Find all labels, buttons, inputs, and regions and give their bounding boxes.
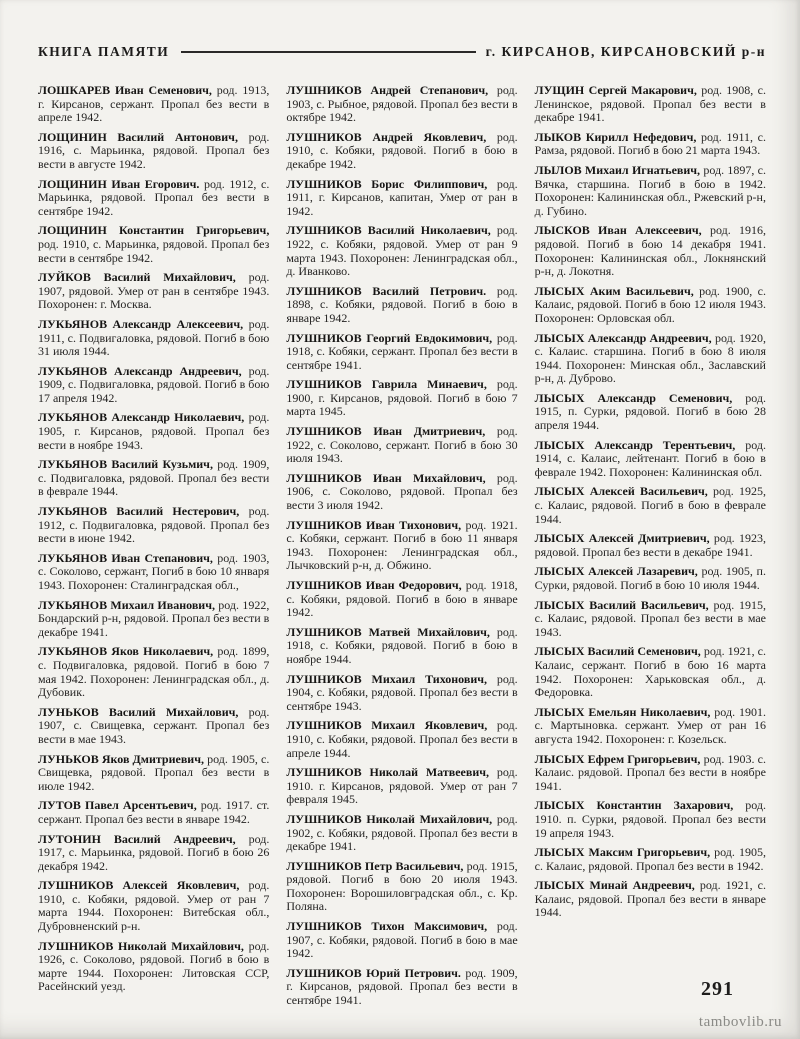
- memorial-entry: ЛУКЬЯНОВ Александр Николаевич, род. 1905…: [38, 411, 269, 452]
- memorial-entry: ЛУШНИКОВ Михаил Яковлевич, род. 1910, с.…: [286, 719, 517, 760]
- column-2: ЛУШНИКОВ Андрей Степанович, род. 1903, с…: [286, 84, 517, 1014]
- entry-name: ЛЫСЫХ Емельян Николаевич,: [535, 705, 711, 719]
- entry-name: ЛУЙКОВ Василий Михайлович,: [38, 270, 236, 284]
- memorial-entry: ЛЫСЫХ Алексей Васильевич, род. 1925, с. …: [535, 485, 766, 526]
- entry-name: ЛЫСЫХ Алексей Дмитриевич,: [535, 531, 710, 545]
- entry-name: ЛУКЬЯНОВ Василий Кузьмич,: [38, 457, 213, 471]
- memorial-entry: ЛОЩИНИН Иван Егорович. род. 1912, с. Мар…: [38, 178, 269, 219]
- entry-name: ЛЫСЫХ Константин Захарович,: [535, 798, 734, 812]
- entry-name: ЛУШНИКОВ Иван Михайлович,: [286, 471, 485, 485]
- memorial-entry: ЛЫКОВ Кирилл Нефедович, род. 1911, с. Ра…: [535, 131, 766, 158]
- page-header: КНИГА ПАМЯТИ г. КИРСАНОВ, КИРСАНОВСКИЙ р…: [38, 44, 766, 60]
- memorial-entry: ЛУКЬЯНОВ Александр Андреевич, род. 1909,…: [38, 365, 269, 406]
- entry-name: ЛУКЬЯНОВ Яков Николаевич,: [38, 644, 213, 658]
- memorial-entry: ЛУШНИКОВ Андрей Яковлевич, род. 1910, с.…: [286, 131, 517, 172]
- watermark: tambovlib.ru: [699, 1014, 782, 1031]
- memorial-entry: ЛУКЬЯНОВ Александр Алексеевич, род. 1911…: [38, 318, 269, 359]
- memorial-entry: ЛУШНИКОВ Гаврила Минаевич, род. 1900, г.…: [286, 378, 517, 419]
- entry-name: ЛУШНИКОВ Николай Матвеевич,: [286, 765, 489, 779]
- entry-name: ЛОЩИНИН Иван Егорович.: [38, 177, 199, 191]
- memorial-entry: ЛЫСЫХ Алексей Лазаревич, род. 1905, п. С…: [535, 565, 766, 592]
- entry-name: ЛУКЬЯНОВ Михаил Иванович,: [38, 598, 215, 612]
- entry-name: ЛУШНИКОВ Тихон Максимович,: [286, 919, 487, 933]
- memorial-entry: ЛУТОВ Павел Арсентьевич, род. 1917. ст. …: [38, 799, 269, 826]
- memorial-entry: ЛУНЬКОВ Яков Дмитриевич, род. 1905, с. С…: [38, 753, 269, 794]
- entry-name: ЛУКЬЯНОВ Иван Степанович,: [38, 551, 213, 565]
- entry-name: ЛУШНИКОВ Юрий Петрович.: [286, 966, 461, 980]
- entry-name: ЛУШНИКОВ Михаил Тихонович,: [286, 672, 487, 686]
- memorial-entry: ЛЫСЫХ Ефрем Григорьевич, род. 1903. с. К…: [535, 753, 766, 794]
- page-number: 291: [701, 978, 734, 1001]
- memorial-entry: ЛУШНИКОВ Михаил Тихонович, род. 1904, с.…: [286, 673, 517, 714]
- memorial-entry: ЛОЩИНИН Василий Антонович, род. 1916, с.…: [38, 131, 269, 172]
- memorial-entry: ЛУКЬЯНОВ Иван Степанович, род. 1903, с. …: [38, 552, 269, 593]
- memorial-entry: ЛУШНИКОВ Николай Михайлович, род. 1902, …: [286, 813, 517, 854]
- memorial-entry: ЛУКЬЯНОВ Василий Кузьмич, род. 1909, с. …: [38, 458, 269, 499]
- entry-name: ЛЫСЫХ Василий Васильевич,: [535, 598, 709, 612]
- entry-columns: ЛОШКАРЕВ Иван Семенович, род. 1913, г. К…: [38, 84, 766, 1014]
- memorial-entry: ЛУКЬЯНОВ Яков Николаевич, род. 1899, с. …: [38, 645, 269, 699]
- header-rule: [181, 51, 475, 53]
- memorial-entry: ЛЫСЫХ Александр Андреевич, род. 1920, с.…: [535, 332, 766, 386]
- memorial-entry: ЛУШНИКОВ Николай Матвеевич, род. 1910. г…: [286, 766, 517, 807]
- entry-name: ЛУШНИКОВ Иван Дмитриевич,: [286, 424, 485, 438]
- entry-name: ЛЫСЫХ Александр Семенович,: [535, 391, 733, 405]
- entry-name: ЛУШНИКОВ Андрей Яковлевич,: [286, 130, 486, 144]
- memorial-entry: ЛУШНИКОВ Алексей Яковлевич, род. 1910, с…: [38, 879, 269, 933]
- entry-name: ЛУШНИКОВ Георгий Евдокимович,: [286, 331, 492, 345]
- memorial-entry: ЛЫСЫХ Минай Андреевич, род. 1921, с. Кал…: [535, 879, 766, 920]
- entry-name: ЛУКЬЯНОВ Василий Нестерович,: [38, 504, 239, 518]
- entry-name: ЛУКЬЯНОВ Александр Андреевич,: [38, 364, 242, 378]
- memorial-entry: ЛУШНИКОВ Георгий Евдокимович, род. 1918,…: [286, 332, 517, 373]
- entry-name: ЛУШНИКОВ Петр Васильевич,: [286, 859, 463, 873]
- memorial-entry: ЛУТОНИН Василий Андреевич, род. 1917, с.…: [38, 833, 269, 874]
- memorial-entry: ЛЫСЫХ Алексей Дмитриевич, род. 1923, ряд…: [535, 532, 766, 559]
- memorial-entry: ЛЫСКОВ Иван Алексеевич, род. 1916, рядов…: [535, 224, 766, 278]
- entry-name: ЛЫСЫХ Аким Васильевич,: [535, 284, 694, 298]
- memorial-entry: ЛЫСЫХ Максим Григорьевич, род. 1905, с. …: [535, 846, 766, 873]
- entry-name: ЛЫСЫХ Василий Семенович,: [535, 644, 701, 658]
- memorial-entry: ЛЫСЫХ Александр Семенович, род. 1915, п.…: [535, 392, 766, 433]
- entry-name: ЛЫСЫХ Алексей Васильевич,: [535, 484, 708, 498]
- entry-name: ЛУШНИКОВ Алексей Яковлевич,: [38, 878, 239, 892]
- memorial-entry: ЛУШНИКОВ Иван Дмитриевич, род. 1922, с. …: [286, 425, 517, 466]
- memorial-entry: ЛУКЬЯНОВ Василий Нестерович, род. 1912, …: [38, 505, 269, 546]
- entry-name: ЛЫСКОВ Иван Алексеевич,: [535, 223, 702, 237]
- entry-name: ЛОЩИНИН Василий Антонович,: [38, 130, 238, 144]
- memorial-entry: ЛУШНИКОВ Василий Николаевич, род. 1922, …: [286, 224, 517, 278]
- memorial-entry: ЛУШНИКОВ Петр Васильевич, род. 1915, ряд…: [286, 860, 517, 914]
- entry-name: ЛЫСЫХ Александр Терентьевич,: [535, 438, 736, 452]
- memorial-entry: ЛЫСЫХ Константин Захарович, род. 1910. п…: [535, 799, 766, 840]
- entry-name: ЛЫКОВ Кирилл Нефедович,: [535, 130, 697, 144]
- memorial-entry: ЛУШНИКОВ Матвей Михайлович, род. 1918, с…: [286, 626, 517, 667]
- memorial-entry: ЛЫСЫХ Емельян Николаевич, род. 1901. с. …: [535, 706, 766, 747]
- memorial-entry: ЛУШНИКОВ Николай Михайлович, род. 1926, …: [38, 940, 269, 994]
- entry-name: ЛУШНИКОВ Борис Филиппович,: [286, 177, 487, 191]
- entry-name: ЛУШНИКОВ Василий Николаевич,: [286, 223, 490, 237]
- entry-name: ЛУШНИКОВ Василий Петрович.: [286, 284, 486, 298]
- memorial-entry: ЛУШНИКОВ Иван Федорович, род. 1918, с. К…: [286, 579, 517, 620]
- book-title: КНИГА ПАМЯТИ: [38, 44, 169, 60]
- entry-name: ЛЫЛОВ Михаил Игнатьевич,: [535, 163, 700, 177]
- entry-name: ЛЫСЫХ Максим Григорьевич,: [535, 845, 710, 859]
- entry-name: ЛУШНИКОВ Иван Федорович,: [286, 578, 461, 592]
- entry-name: ЛУШНИКОВ Андрей Степанович,: [286, 83, 488, 97]
- memorial-entry: ЛУШНИКОВ Юрий Петрович. род. 1909, г. Ки…: [286, 967, 517, 1008]
- memorial-entry: ЛУШНИКОВ Иван Михайлович, род. 1906, с. …: [286, 472, 517, 513]
- entry-name: ЛУШНИКОВ Николай Михайлович,: [286, 812, 492, 826]
- entry-name: ЛОШКАРЕВ Иван Семенович,: [38, 83, 212, 97]
- entry-name: ЛЫСЫХ Александр Андреевич,: [535, 331, 712, 345]
- memorial-entry: ЛЫСЫХ Василий Семенович, род. 1921, с. К…: [535, 645, 766, 699]
- entry-name: ЛЫСЫХ Минай Андреевич,: [535, 878, 695, 892]
- memorial-entry: ЛУКЬЯНОВ Михаил Иванович, род. 1922, Бон…: [38, 599, 269, 640]
- memorial-entry: ЛЫСЫХ Александр Терентьевич, род. 1914, …: [535, 439, 766, 480]
- entry-name: ЛУШНИКОВ Николай Михайлович,: [38, 939, 244, 953]
- memorial-entry: ЛЫСЫХ Аким Васильевич, род. 1900, с. Кал…: [535, 285, 766, 326]
- column-3: ЛУЩИН Сергей Макарович, род. 1908, с. Ле…: [535, 84, 766, 1014]
- district-title: г. КИРСАНОВ, КИРСАНОВСКИЙ р-н: [486, 44, 766, 60]
- entry-name: ЛЫСЫХ Алексей Лазаревич,: [535, 564, 698, 578]
- memorial-entry: ЛУШНИКОВ Василий Петрович. род. 1898, с.…: [286, 285, 517, 326]
- column-1: ЛОШКАРЕВ Иван Семенович, род. 1913, г. К…: [38, 84, 269, 1014]
- memorial-entry: ЛУШНИКОВ Борис Филиппович, род. 1911, г.…: [286, 178, 517, 219]
- memorial-entry: ЛУЙКОВ Василий Михайлович, род. 1907, ря…: [38, 271, 269, 312]
- entry-name: ЛУШНИКОВ Михаил Яковлевич,: [286, 718, 487, 732]
- memorial-entry: ЛЫСЫХ Василий Васильевич, род. 1915, с. …: [535, 599, 766, 640]
- entry-name: ЛУКЬЯНОВ Александр Николаевич,: [38, 410, 244, 424]
- entry-name: ЛОЩИНИН Константин Григорьевич,: [38, 223, 269, 237]
- memorial-entry: ЛУШНИКОВ Тихон Максимович, род. 1907, с.…: [286, 920, 517, 961]
- memorial-entry: ЛОШКАРЕВ Иван Семенович, род. 1913, г. К…: [38, 84, 269, 125]
- entry-name: ЛУШНИКОВ Иван Тихонович,: [286, 518, 461, 532]
- entry-name: ЛУНЬКОВ Яков Дмитриевич,: [38, 752, 204, 766]
- scanned-page: КНИГА ПАМЯТИ г. КИРСАНОВ, КИРСАНОВСКИЙ р…: [0, 0, 800, 1039]
- entry-name: ЛУШНИКОВ Гаврила Минаевич,: [286, 377, 487, 391]
- memorial-entry: ЛЫЛОВ Михаил Игнатьевич, род. 1897, с. В…: [535, 164, 766, 218]
- memorial-entry: ЛУШНИКОВ Андрей Степанович, род. 1903, с…: [286, 84, 517, 125]
- entry-name: ЛУНЬКОВ Василий Михайлович,: [38, 705, 238, 719]
- entry-name: ЛУТОВ Павел Арсентьевич,: [38, 798, 197, 812]
- entry-name: ЛУЩИН Сергей Макарович,: [535, 83, 697, 97]
- entry-name: ЛУТОНИН Василий Андреевич,: [38, 832, 236, 846]
- memorial-entry: ЛУШНИКОВ Иван Тихонович, род. 1921. с. К…: [286, 519, 517, 573]
- memorial-entry: ЛУНЬКОВ Василий Михайлович, род. 1907, с…: [38, 706, 269, 747]
- entry-name: ЛЫСЫХ Ефрем Григорьевич,: [535, 752, 701, 766]
- entry-name: ЛУШНИКОВ Матвей Михайлович,: [286, 625, 490, 639]
- memorial-entry: ЛОЩИНИН Константин Григорьевич, род. 191…: [38, 224, 269, 265]
- memorial-entry: ЛУЩИН Сергей Макарович, род. 1908, с. Ле…: [535, 84, 766, 125]
- entry-name: ЛУКЬЯНОВ Александр Алексеевич,: [38, 317, 243, 331]
